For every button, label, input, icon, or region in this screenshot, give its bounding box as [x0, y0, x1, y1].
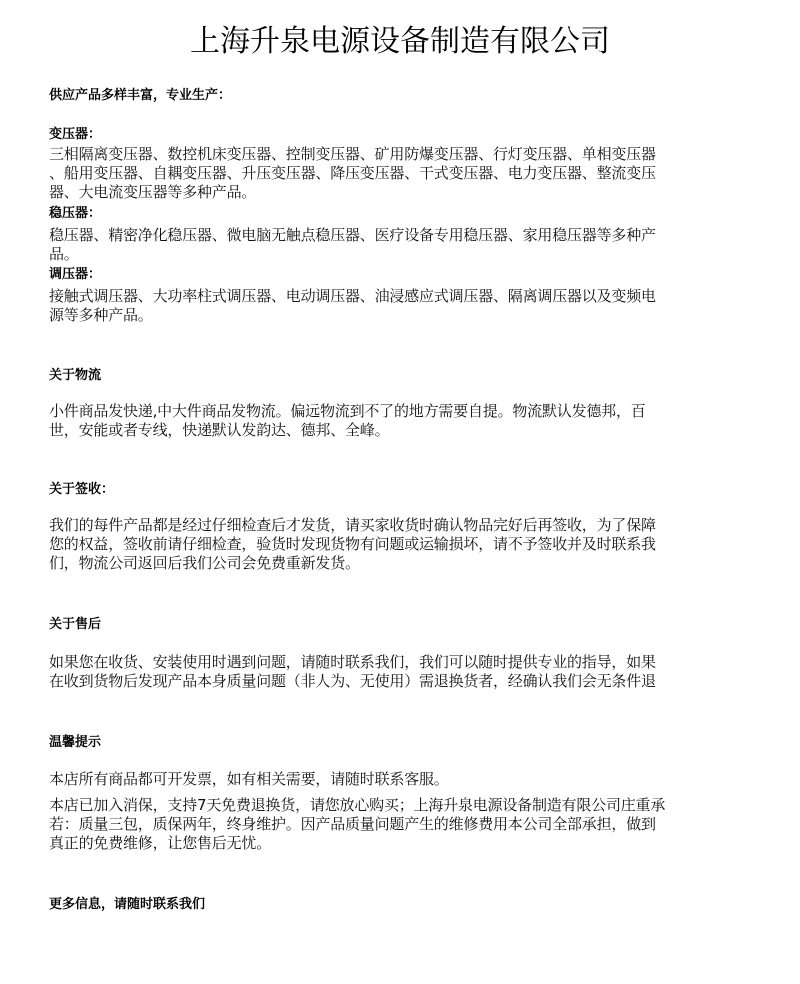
footer-contact-note: 更多信息，请随时联系我们: [49, 896, 205, 914]
transformers-line: 、船用变压器、自耦变压器、升压变压器、降压变压器、干式变压器、电力变压器、整流变…: [49, 164, 656, 183]
section-heading-regulators: 调压器：: [49, 266, 101, 284]
section-heading-stabilizers: 稳压器：: [49, 205, 101, 223]
stabilizers-line: 稳压器、精密净化稳压器、微电脑无触点稳压器、医疗设备专用稳压器、家用稳压器等多种…: [49, 226, 656, 245]
transformers-line: 三相隔离变压器、数控机床变压器、控制变压器、矿用防爆变压器、行灯变压器、单相变压…: [49, 145, 656, 164]
transformers-line: 器、大电流变压器等多种产品。: [49, 183, 256, 202]
section-heading-transformers: 变压器：: [49, 126, 101, 144]
page-title: 上海升泉电源设备制造有限公司: [0, 22, 800, 62]
receipt-line: 我们的每件产品都是经过仔细检查后才发货，请买家收货时确认物品完好后再签收，为了保…: [49, 516, 656, 535]
tips-line: 真正的免费维修，让您售后无忧。: [49, 834, 271, 853]
after-sales-line: 在收到货物后发现产品本身质量问题（非人为、无使用）需退换货者，经确认我们会无条件…: [49, 672, 656, 691]
receipt-line: 们，物流公司返回后我们公司会免费重新发货。: [49, 554, 360, 573]
section-heading-tips: 温馨提示: [49, 734, 101, 752]
after-sales-line: 如果您在收货、安装使用时遇到问题，请随时联系我们，我们可以随时提供专业的指导，如…: [49, 653, 656, 672]
receipt-line: 您的权益，签收前请仔细检查，验货时发现货物有问题或运输损坏，请不予签收并及时联系…: [49, 535, 656, 554]
section-heading-after-sales: 关于售后: [49, 616, 101, 634]
section-heading-logistics: 关于物流: [49, 367, 101, 385]
regulators-line: 源等多种产品。: [49, 306, 153, 325]
tips-paragraph-invoice: 本店所有商品都可开发票，如有相关需要，请随时联系客服。: [49, 770, 449, 789]
stabilizers-line: 品。: [49, 245, 79, 264]
logistics-line: 世，安能或者专线，快递默认发韵达、德邦、全峰。: [49, 421, 389, 440]
intro-text: 供应产品多样丰富，专业生产：: [49, 87, 231, 105]
regulators-line: 接触式调压器、大功率柱式调压器、电动调压器、油浸感应式调压器、隔离调压器以及变频…: [49, 287, 656, 306]
logistics-line: 小件商品发快递,中大件商品发物流。偏远物流到不了的地方需要自提。物流默认发德邦，…: [49, 402, 646, 421]
tips-line: 若：质量三包，质保两年，终身维护。因产品质量问题产生的维修费用本公司全部承担，做…: [49, 815, 656, 834]
tips-line: 本店已加入消保，支持7天免费退换货，请您放心购买；上海升泉电源设备制造有限公司庄…: [49, 796, 665, 815]
section-heading-receipt: 关于签收：: [49, 481, 114, 499]
